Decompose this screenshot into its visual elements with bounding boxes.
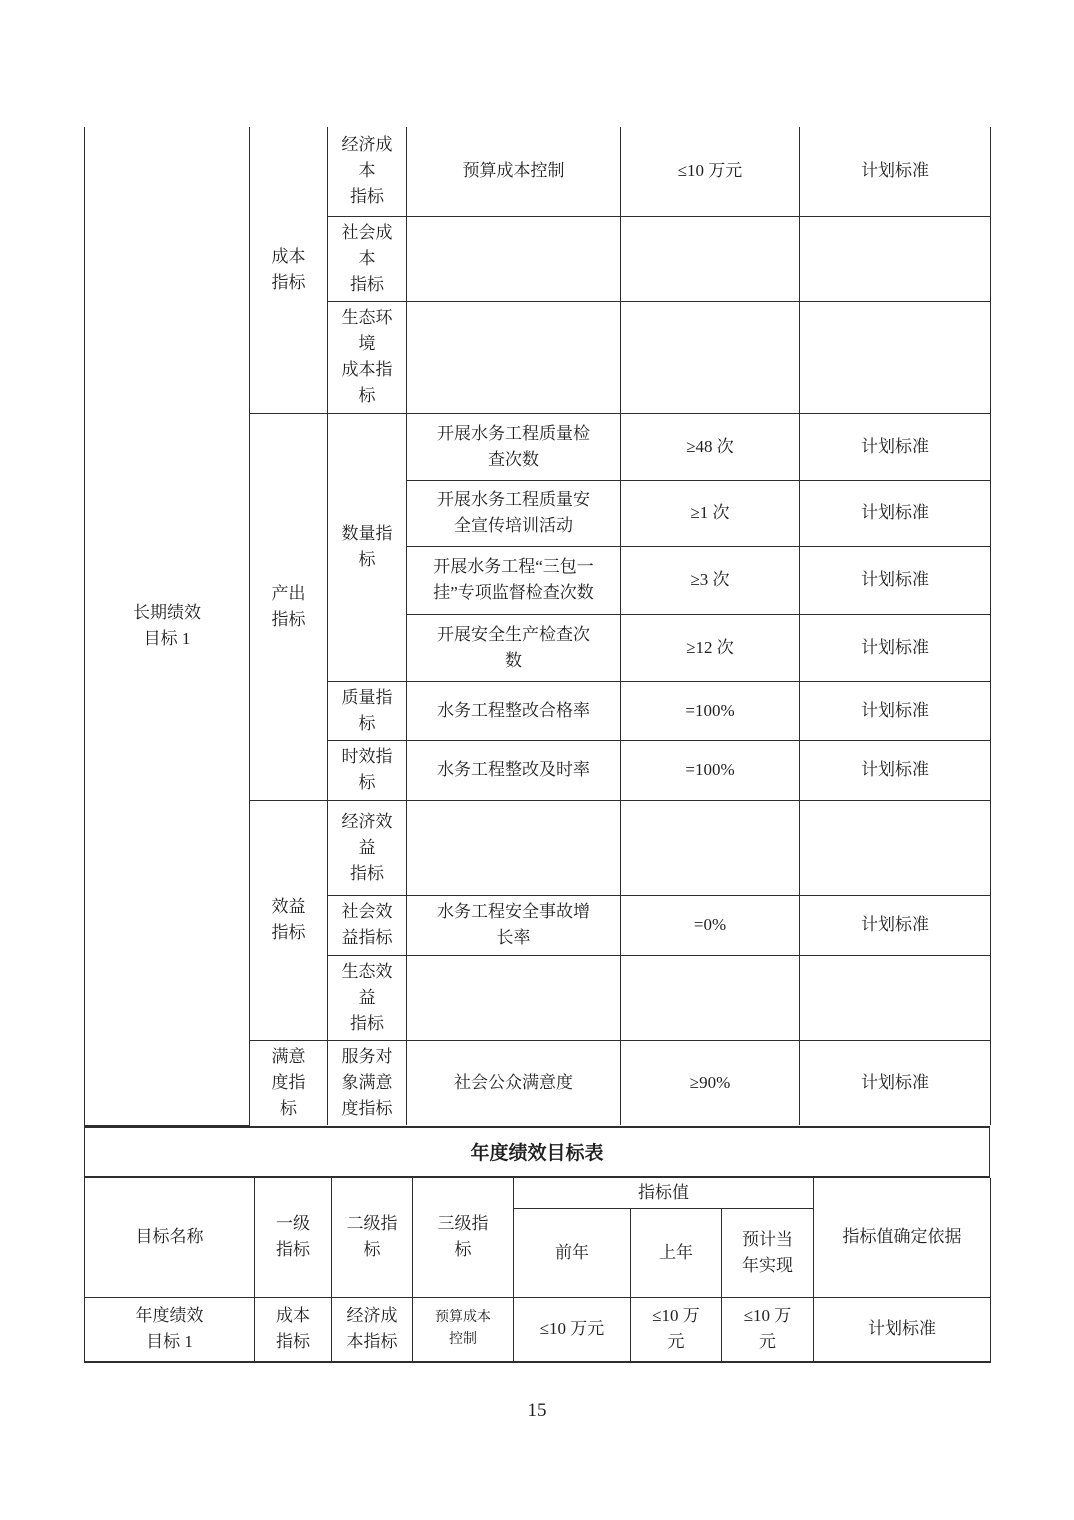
basis-cell: 计划标准: [800, 413, 991, 480]
value-cell: =100%: [621, 681, 800, 740]
level2-cell: 经济成 本指标: [332, 1297, 413, 1362]
header-expected-current-year: 预计当 年实现: [722, 1208, 814, 1297]
basis-cell: [800, 301, 991, 413]
level2-cell: 服务对 象满意 度指标: [328, 1040, 407, 1125]
level1-cell: 成本 指标: [255, 1297, 332, 1362]
goal-name-cell: 年度绩效 目标 1: [85, 1297, 255, 1362]
value-cell: ≥3 次: [621, 546, 800, 614]
level2-cell: 生态环 境 成本指 标: [328, 301, 407, 413]
header-level2: 二级指 标: [332, 1178, 413, 1298]
level2-quantity-cell: 数量指 标: [328, 413, 407, 681]
basis-cell: 计划标准: [800, 480, 991, 546]
level3-cell: [407, 800, 621, 895]
header-row: 目标名称 一级 指标 二级指 标 三级指 标 指标值 指标值确定依据: [85, 1178, 991, 1209]
level2-cell: 社会成 本 指标: [328, 216, 407, 301]
level2-cell: 社会效 益指标: [328, 895, 407, 955]
value-cell: [621, 955, 800, 1040]
value-last-year-cell: ≤10 万 元: [631, 1297, 722, 1362]
value-cell: [621, 301, 800, 413]
value-cell: ≤10 万元: [621, 127, 800, 216]
goal-name-cell: 长期绩效 目标 1: [85, 127, 250, 1125]
basis-cell: [800, 955, 991, 1040]
value-cell: ≥1 次: [621, 480, 800, 546]
level3-cell: 预算成本控制: [407, 127, 621, 216]
level1-output-cell: 产出 指标: [250, 413, 328, 800]
table-row: 年度绩效 目标 1 成本 指标 经济成 本指标 预算成本 控制 ≤10 万元 ≤…: [85, 1297, 991, 1362]
level3-cell: 水务工程整改及时率: [407, 740, 621, 800]
value-cell: [621, 216, 800, 301]
value-expected-current-cell: ≤10 万 元: [722, 1297, 814, 1362]
level2-cell: 经济效 益 指标: [328, 800, 407, 895]
level2-cell: 经济成 本 指标: [328, 127, 407, 216]
value-cell: ≥48 次: [621, 413, 800, 480]
value-cell: [621, 800, 800, 895]
header-level3: 三级指 标: [413, 1178, 514, 1298]
value-cell: =0%: [621, 895, 800, 955]
level3-cell: 水务工程安全事故增 长率: [407, 895, 621, 955]
annual-table-title: 年度绩效目标表: [84, 1126, 990, 1178]
level3-cell: 开展安全生产检查次 数: [407, 614, 621, 681]
level3-cell: 社会公众满意度: [407, 1040, 621, 1125]
value-cell: ≥12 次: [621, 614, 800, 681]
level3-cell: 开展水务工程“三包一 挂”专项监督检查次数: [407, 546, 621, 614]
basis-cell: 计划标准: [800, 740, 991, 800]
basis-cell: 计划标准: [800, 895, 991, 955]
level2-cell: 质量指 标: [328, 681, 407, 740]
table-row: 长期绩效 目标 1 成本 指标 经济成 本 指标 预算成本控制 ≤10 万元 计…: [85, 127, 991, 216]
header-last-year: 上年: [631, 1208, 722, 1297]
value-cell: ≥90%: [621, 1040, 800, 1125]
level2-cell: 时效指 标: [328, 740, 407, 800]
basis-cell: 计划标准: [800, 1040, 991, 1125]
header-level1: 一级 指标: [255, 1178, 332, 1298]
level3-cell: [407, 301, 621, 413]
document-page: 长期绩效 目标 1 成本 指标 经济成 本 指标 预算成本控制 ≤10 万元 计…: [0, 0, 1074, 1520]
level3-cell: 水务工程整改合格率: [407, 681, 621, 740]
level1-benefit-cell: 效益 指标: [250, 800, 328, 1040]
basis-cell: 计划标准: [800, 546, 991, 614]
basis-cell: 计划标准: [800, 127, 991, 216]
basis-cell: 计划标准: [800, 614, 991, 681]
page-number: 15: [0, 1398, 1074, 1424]
basis-cell: [800, 800, 991, 895]
performance-tables: 长期绩效 目标 1 成本 指标 经济成 本 指标 预算成本控制 ≤10 万元 计…: [84, 127, 990, 1363]
header-goal-name: 目标名称: [85, 1178, 255, 1298]
level3-cell: 开展水务工程质量检 查次数: [407, 413, 621, 480]
level1-cost-cell: 成本 指标: [250, 127, 328, 413]
basis-cell: 计划标准: [800, 681, 991, 740]
value-cell: =100%: [621, 740, 800, 800]
level2-cell: 生态效 益 指标: [328, 955, 407, 1040]
basis-cell: [800, 216, 991, 301]
long-term-performance-table: 长期绩效 目标 1 成本 指标 经济成 本 指标 预算成本控制 ≤10 万元 计…: [84, 127, 991, 1126]
level3-cell: 预算成本 控制: [413, 1297, 514, 1362]
header-value-group: 指标值: [514, 1178, 814, 1209]
basis-cell: 计划标准: [814, 1297, 991, 1362]
value-year-before-last-cell: ≤10 万元: [514, 1297, 631, 1362]
level3-cell: 开展水务工程质量安 全宣传培训活动: [407, 480, 621, 546]
header-year-before-last: 前年: [514, 1208, 631, 1297]
level3-cell: [407, 955, 621, 1040]
level1-satisfaction-cell: 满意 度指 标: [250, 1040, 328, 1125]
annual-performance-table: 目标名称 一级 指标 二级指 标 三级指 标 指标值 指标值确定依据 前年 上年…: [84, 1178, 991, 1364]
level3-cell: [407, 216, 621, 301]
header-value-basis: 指标值确定依据: [814, 1178, 991, 1298]
